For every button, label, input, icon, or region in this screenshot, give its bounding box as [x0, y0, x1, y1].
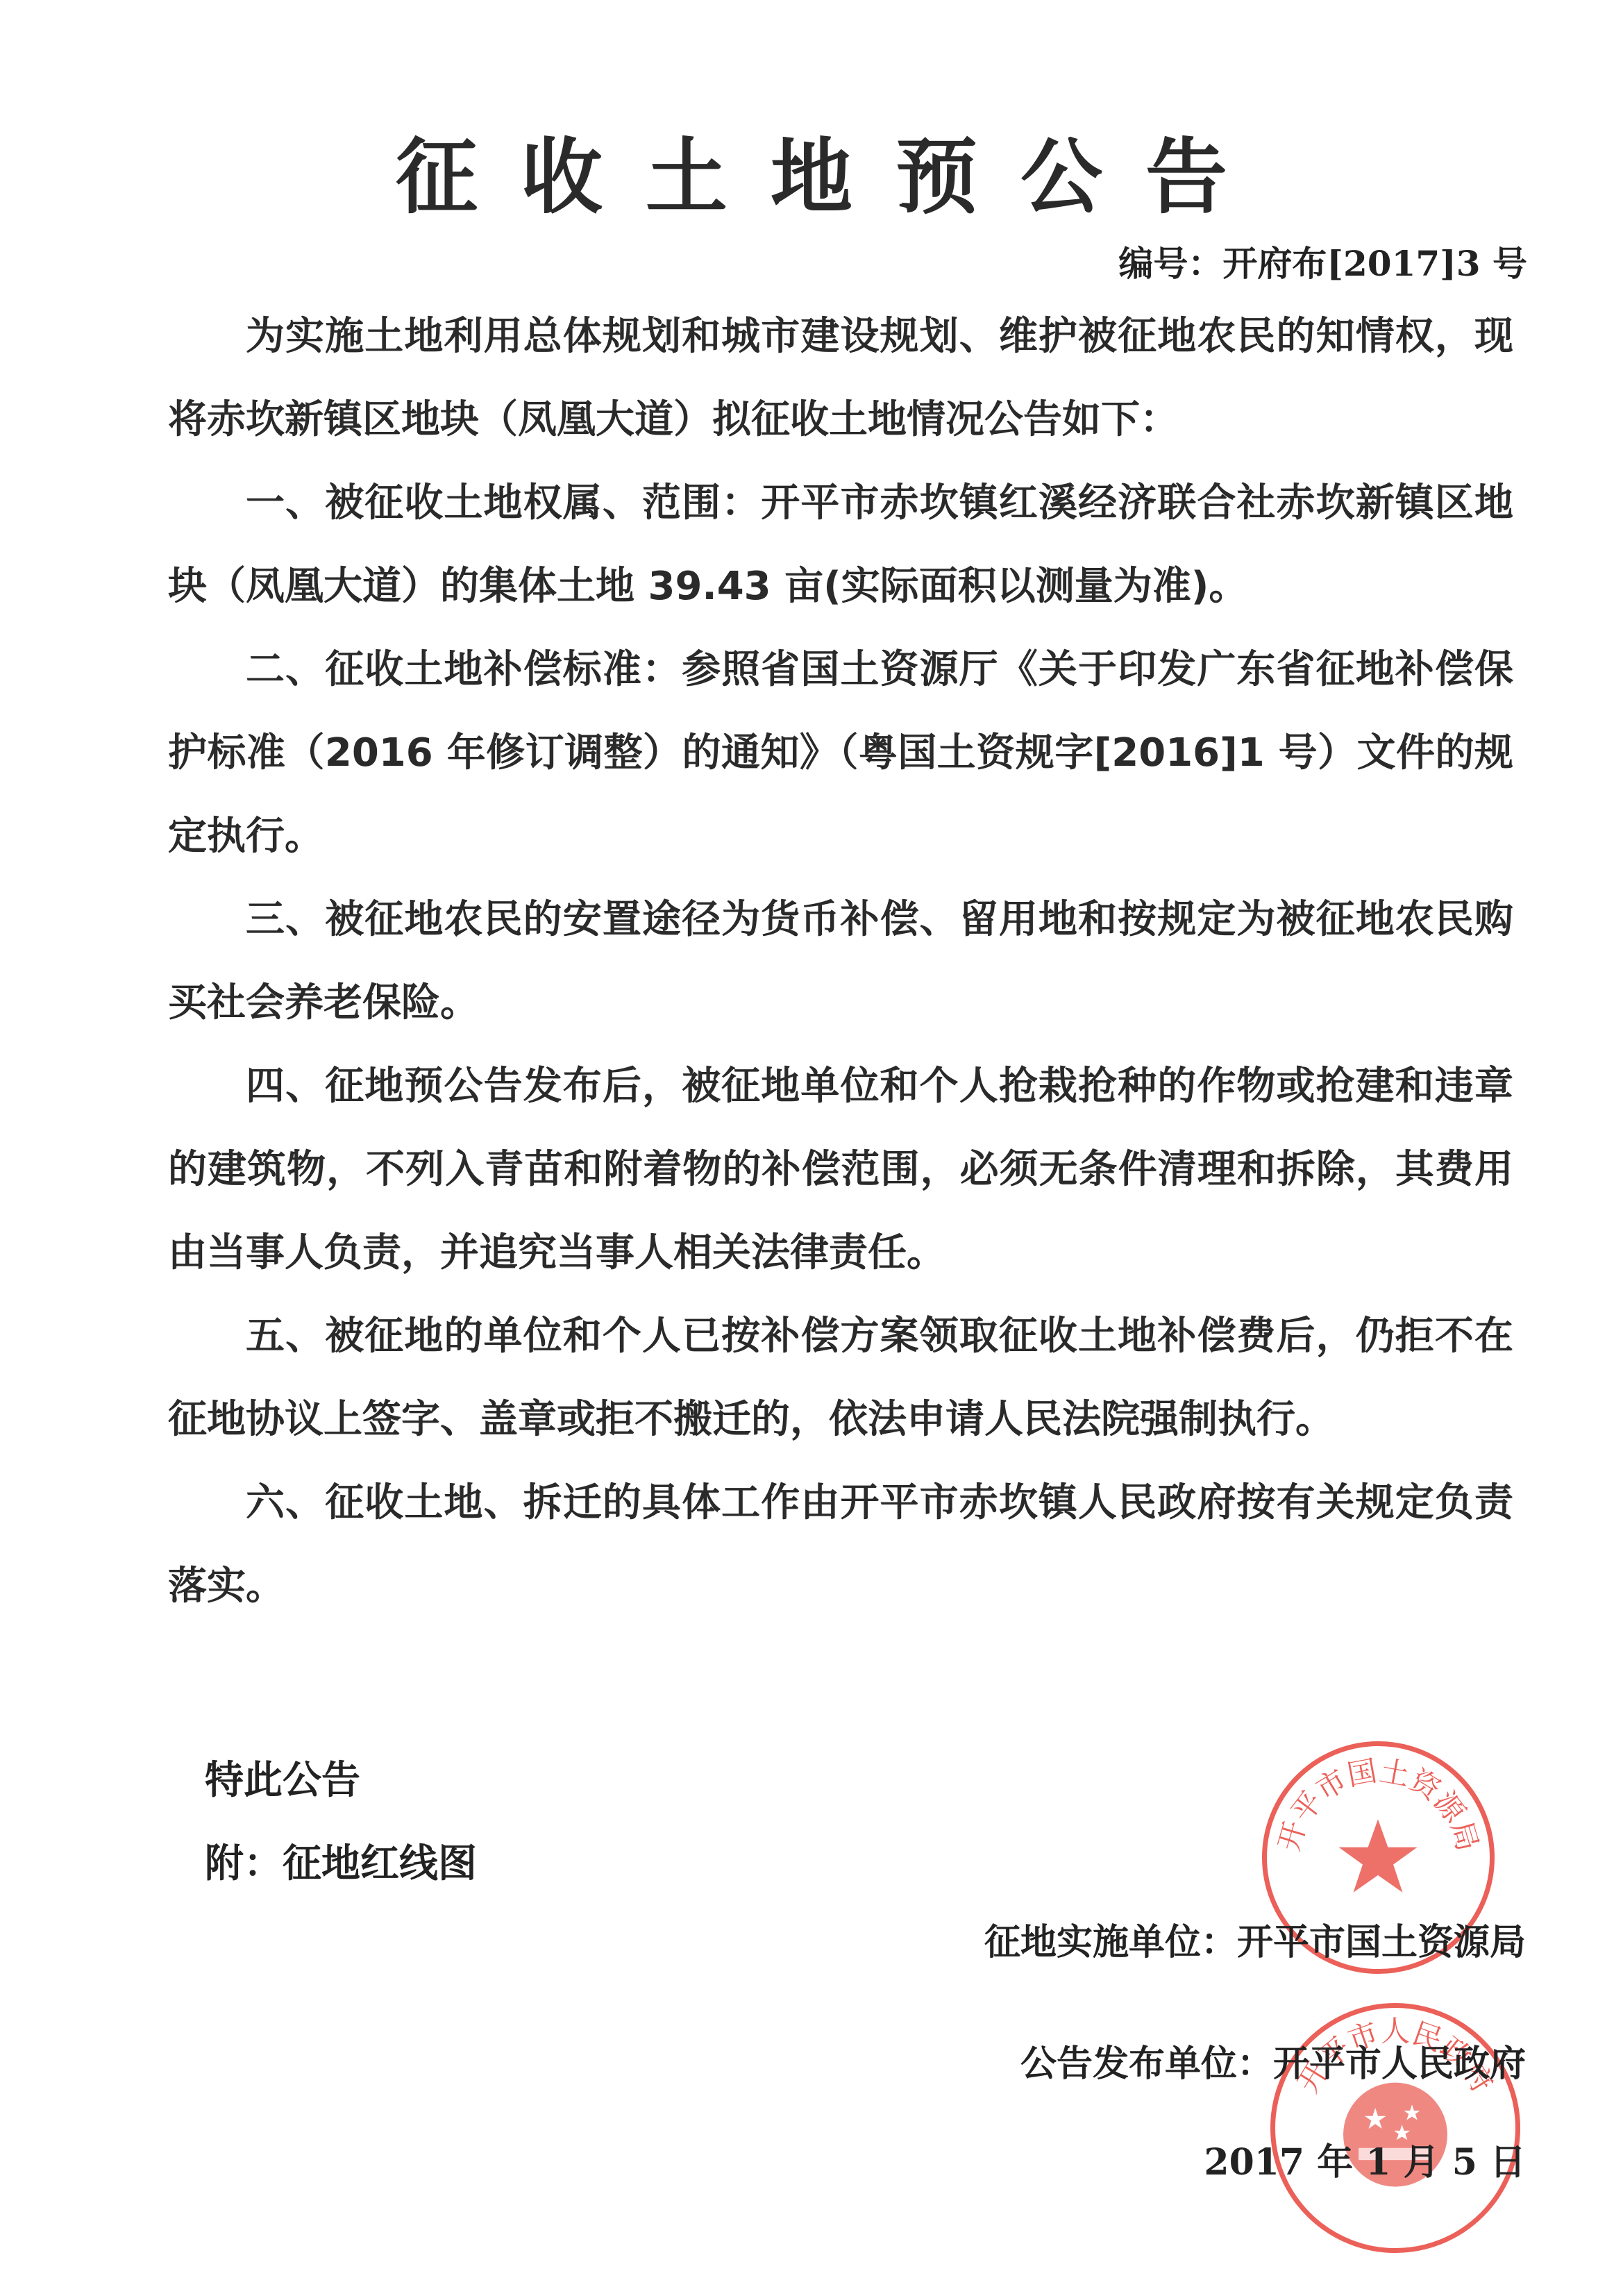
- attachment-note: 附：征地红线图: [205, 1822, 477, 1906]
- paragraph-2-compensation: 二、征收土地补偿标准：参照省国土资源厅《关于印发广东省征地补偿保护标准（2016…: [168, 628, 1513, 878]
- implementing-unit: 征地实施单位：开平市国土资源局: [984, 1915, 1526, 1970]
- document-number: 编号：开府布[2017]3 号: [1118, 236, 1527, 292]
- issuing-unit: 公告发布单位：开平市人民政府: [1020, 2036, 1526, 2092]
- closing-block: 特此公告 附：征地红线图: [205, 1739, 477, 1906]
- document-body: 为实施土地利用总体规划和城市建设规划、维护被征地农民的知情权，现将赤坎新镇区地块…: [168, 295, 1513, 1628]
- paragraph-5-enforcement: 五、被征地的单位和个人已按补偿方案领取征收土地补偿费后，仍拒不在征地协议上签字、…: [168, 1295, 1513, 1461]
- issue-date: 2017 年 1 月 5 日: [1204, 2135, 1526, 2190]
- paragraph-3-resettlement: 三、被征地农民的安置途径为货币补偿、留用地和按规定为被征地农民购买社会养老保险。: [168, 878, 1513, 1045]
- closing-statement: 特此公告: [205, 1739, 477, 1822]
- intro-paragraph: 为实施土地利用总体规划和城市建设规划、维护被征地农民的知情权，现将赤坎新镇区地块…: [168, 295, 1513, 462]
- page-title: 征收土地预公告: [0, 128, 1623, 226]
- paragraph-1-land-scope: 一、被征收土地权属、范围：开平市赤坎镇红溪经济联合社赤坎新镇区地块（凤凰大道）的…: [168, 462, 1513, 628]
- paragraph-6-implementation: 六、征收土地、拆迁的具体工作由开平市赤坎镇人民政府按有关规定负责落实。: [168, 1461, 1513, 1628]
- paragraph-4-restrictions: 四、征地预公告发布后，被征地单位和个人抢栽抢种的作物或抢建和违章的建筑物，不列入…: [168, 1045, 1513, 1295]
